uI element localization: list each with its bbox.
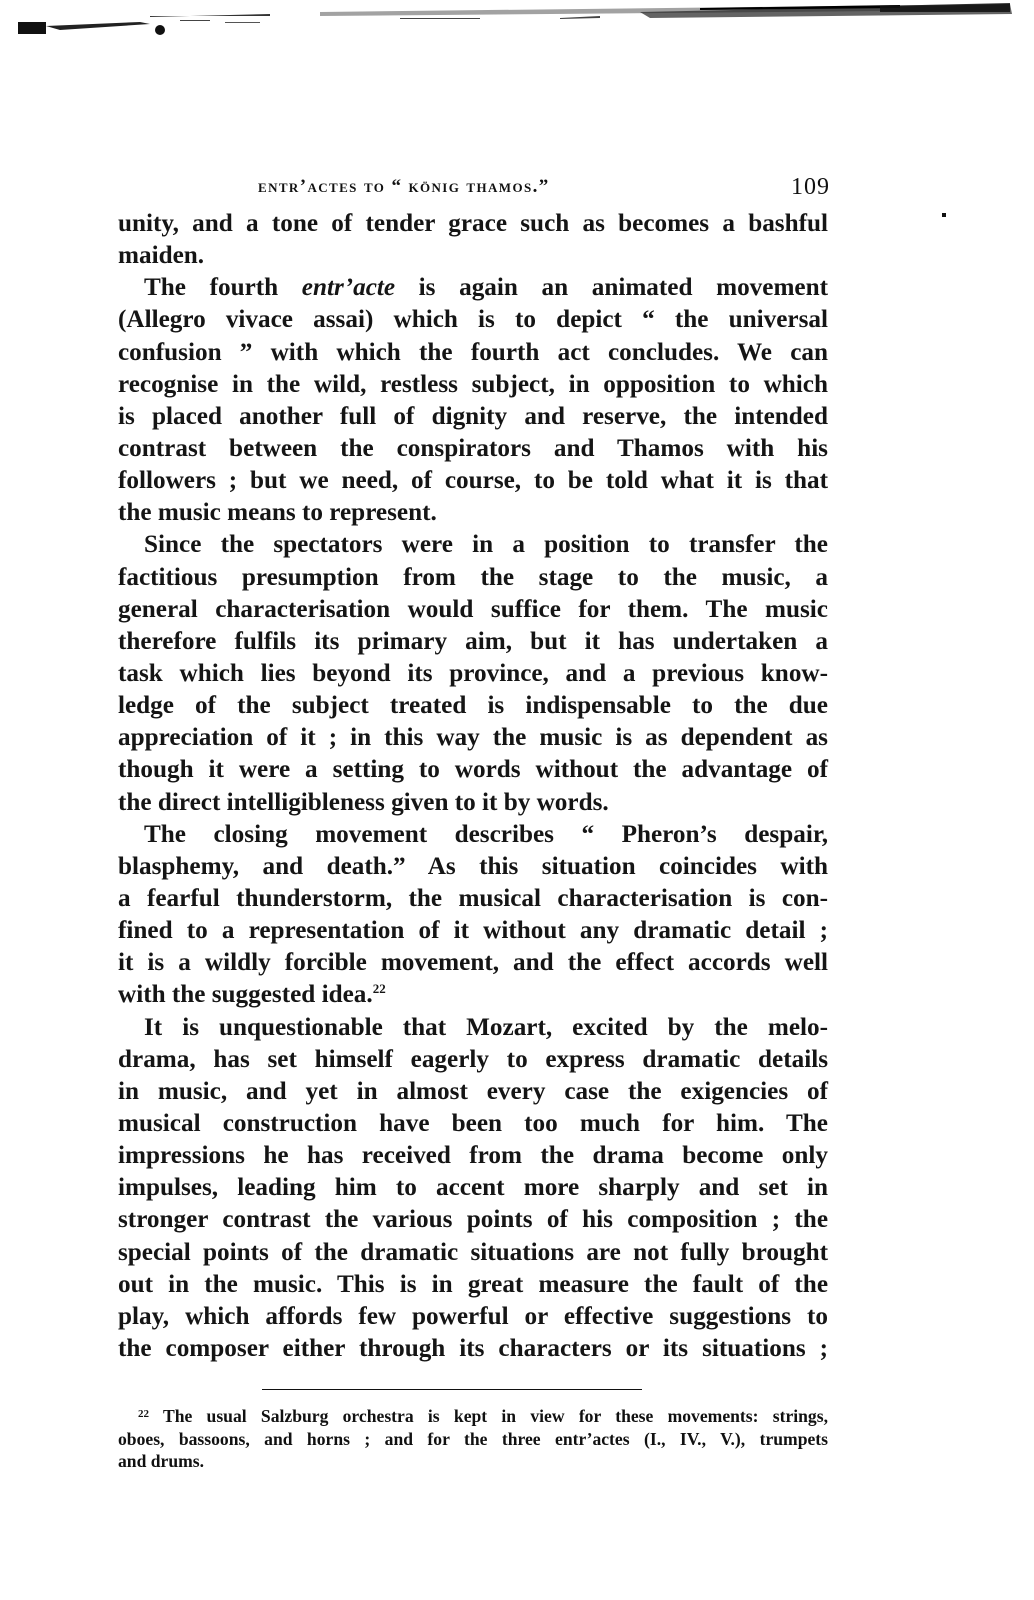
line-text: general characterisation would suffice f… bbox=[118, 596, 828, 623]
text-line: special points of the dramatic situation… bbox=[118, 1237, 828, 1269]
footnote-marker: 22 bbox=[138, 1408, 149, 1420]
text-line: ledge of the subject treated is indispen… bbox=[118, 690, 828, 722]
scan-noise-top-edge bbox=[0, 0, 1034, 40]
text-line: stronger contrast the various points of … bbox=[118, 1204, 828, 1236]
text-line: out in the music. This is in great measu… bbox=[118, 1269, 828, 1301]
footnote-line: and drums. bbox=[118, 1450, 828, 1473]
paragraph-first-line: The closing movement describes “ Pheron’… bbox=[118, 819, 828, 851]
line-text: it is a wildly forcible movement, and th… bbox=[118, 949, 828, 976]
text-line: though it were a setting to words withou… bbox=[118, 754, 828, 786]
line-text: The closing movement describes “ Pheron’… bbox=[144, 821, 828, 848]
line-text: ledge of the subject treated is indispen… bbox=[118, 692, 828, 719]
stray-mark bbox=[942, 213, 946, 217]
text-line: is placed another full of dignity and re… bbox=[118, 401, 828, 433]
line-text: stronger contrast the various points of … bbox=[118, 1206, 828, 1233]
line-text: with the suggested idea. bbox=[118, 981, 373, 1008]
line-text: maiden. bbox=[118, 242, 204, 269]
line-text: is again an animated movement bbox=[395, 274, 828, 301]
footnote-rule bbox=[262, 1389, 642, 1390]
line-text: impressions he has received from the dra… bbox=[118, 1142, 828, 1169]
running-head: ENTR’ACTES TO “ KÖNIG THAMOS.” 109 bbox=[118, 176, 830, 206]
text-line: drama, has set himself eagerly to expres… bbox=[118, 1044, 828, 1076]
line-text: a fearful thunderstorm, the musical char… bbox=[118, 885, 828, 912]
text-line: the music means to represent. bbox=[118, 497, 828, 529]
text-line: it is a wildly forcible movement, and th… bbox=[118, 947, 828, 979]
line-text: the direct intelligibleness given to it … bbox=[118, 789, 609, 816]
line-text: factitious presumption from the stage to… bbox=[118, 564, 828, 591]
footnote-line: 22 The usual Salzburg orchestra is kept … bbox=[118, 1405, 828, 1428]
text-line: with the suggested idea.22 bbox=[118, 979, 828, 1011]
line-text: out in the music. This is in great measu… bbox=[118, 1271, 828, 1298]
footnote-text: oboes, bassoons, and horns ; and for the… bbox=[118, 1429, 828, 1449]
line-text: impulses, leading him to accent more sha… bbox=[118, 1174, 828, 1201]
text-line: therefore fulfils its primary aim, but i… bbox=[118, 626, 828, 658]
line-text: followers ; but we need, of course, to b… bbox=[118, 467, 828, 494]
text-line: the direct intelligibleness given to it … bbox=[118, 787, 828, 819]
running-title: ENTR’ACTES TO “ KÖNIG THAMOS.” bbox=[258, 176, 550, 198]
text-line: fined to a representation of it without … bbox=[118, 915, 828, 947]
line-text: in music, and yet in almost every case t… bbox=[118, 1078, 828, 1105]
text-line: the composer either through its characte… bbox=[118, 1333, 828, 1365]
line-text: contrast between the conspirators and Th… bbox=[118, 435, 828, 462]
text-line: contrast between the conspirators and Th… bbox=[118, 433, 828, 465]
line-text: confusion ” with which the fourth act co… bbox=[118, 339, 828, 366]
text-line: blasphemy, and death.” As this situation… bbox=[118, 851, 828, 883]
line-text: drama, has set himself eagerly to expres… bbox=[118, 1046, 828, 1073]
line-text: Since the spectators were in a position … bbox=[144, 531, 828, 558]
line-text: play, which affords few powerful or effe… bbox=[118, 1303, 828, 1330]
line-text: blasphemy, and death.” As this situation… bbox=[118, 853, 828, 880]
line-text: special points of the dramatic situation… bbox=[118, 1239, 828, 1266]
text-line: appreciation of it ; in this way the mus… bbox=[118, 722, 828, 754]
text-line: confusion ” with which the fourth act co… bbox=[118, 337, 828, 369]
line-text: the music means to represent. bbox=[118, 499, 437, 526]
line-text: The fourth bbox=[144, 274, 302, 301]
text-line: in music, and yet in almost every case t… bbox=[118, 1076, 828, 1108]
text-line: general characterisation would suffice f… bbox=[118, 594, 828, 626]
footnote-text: The usual Salzburg orchestra is kept in … bbox=[163, 1406, 828, 1426]
text-line: task which lies beyond its province, and… bbox=[118, 658, 828, 690]
line-text: the composer either through its characte… bbox=[118, 1335, 828, 1362]
footnotes: 22 The usual Salzburg orchestra is kept … bbox=[118, 1405, 828, 1473]
text-line: musical construction have been too much … bbox=[118, 1108, 828, 1140]
line-text: appreciation of it ; in this way the mus… bbox=[118, 724, 828, 751]
paragraph-first-line: Since the spectators were in a position … bbox=[118, 529, 828, 561]
body-text: unity, and a tone of tender grace such a… bbox=[118, 208, 828, 1365]
line-text: unity, and a tone of tender grace such a… bbox=[118, 210, 828, 237]
line-text: It is unquestionable that Mozart, excite… bbox=[144, 1014, 828, 1041]
text-line: (Allegro vivace assai) which is to depic… bbox=[118, 304, 828, 336]
text-line: followers ; but we need, of course, to b… bbox=[118, 465, 828, 497]
text-line: recognise in the wild, restless subject,… bbox=[118, 369, 828, 401]
text-line: unity, and a tone of tender grace such a… bbox=[118, 208, 828, 240]
footnote-text: and drums. bbox=[118, 1451, 204, 1471]
line-text: fined to a representation of it without … bbox=[118, 917, 828, 944]
italic-term: entr’acte bbox=[302, 274, 395, 301]
line-text: is placed another full of dignity and re… bbox=[118, 403, 828, 430]
line-text: recognise in the wild, restless subject,… bbox=[118, 371, 828, 398]
footnote-reference[interactable]: 22 bbox=[373, 981, 386, 996]
paragraph-first-line: The fourth entr’acte is again an animate… bbox=[118, 272, 828, 304]
line-text: musical construction have been too much … bbox=[118, 1110, 828, 1137]
line-text: (Allegro vivace assai) which is to depic… bbox=[118, 306, 828, 333]
line-text: though it were a setting to words withou… bbox=[118, 756, 828, 783]
line-text: therefore fulfils its primary aim, but i… bbox=[118, 628, 828, 655]
page-number: 109 bbox=[791, 174, 830, 201]
text-line: impulses, leading him to accent more sha… bbox=[118, 1172, 828, 1204]
text-line: impressions he has received from the dra… bbox=[118, 1140, 828, 1172]
text-line: maiden. bbox=[118, 240, 828, 272]
line-text: task which lies beyond its province, and… bbox=[118, 660, 828, 687]
text-line: factitious presumption from the stage to… bbox=[118, 562, 828, 594]
footnote-line: oboes, bassoons, and horns ; and for the… bbox=[118, 1428, 828, 1451]
text-line: a fearful thunderstorm, the musical char… bbox=[118, 883, 828, 915]
paragraph-first-line: It is unquestionable that Mozart, excite… bbox=[118, 1012, 828, 1044]
text-line: play, which affords few powerful or effe… bbox=[118, 1301, 828, 1333]
